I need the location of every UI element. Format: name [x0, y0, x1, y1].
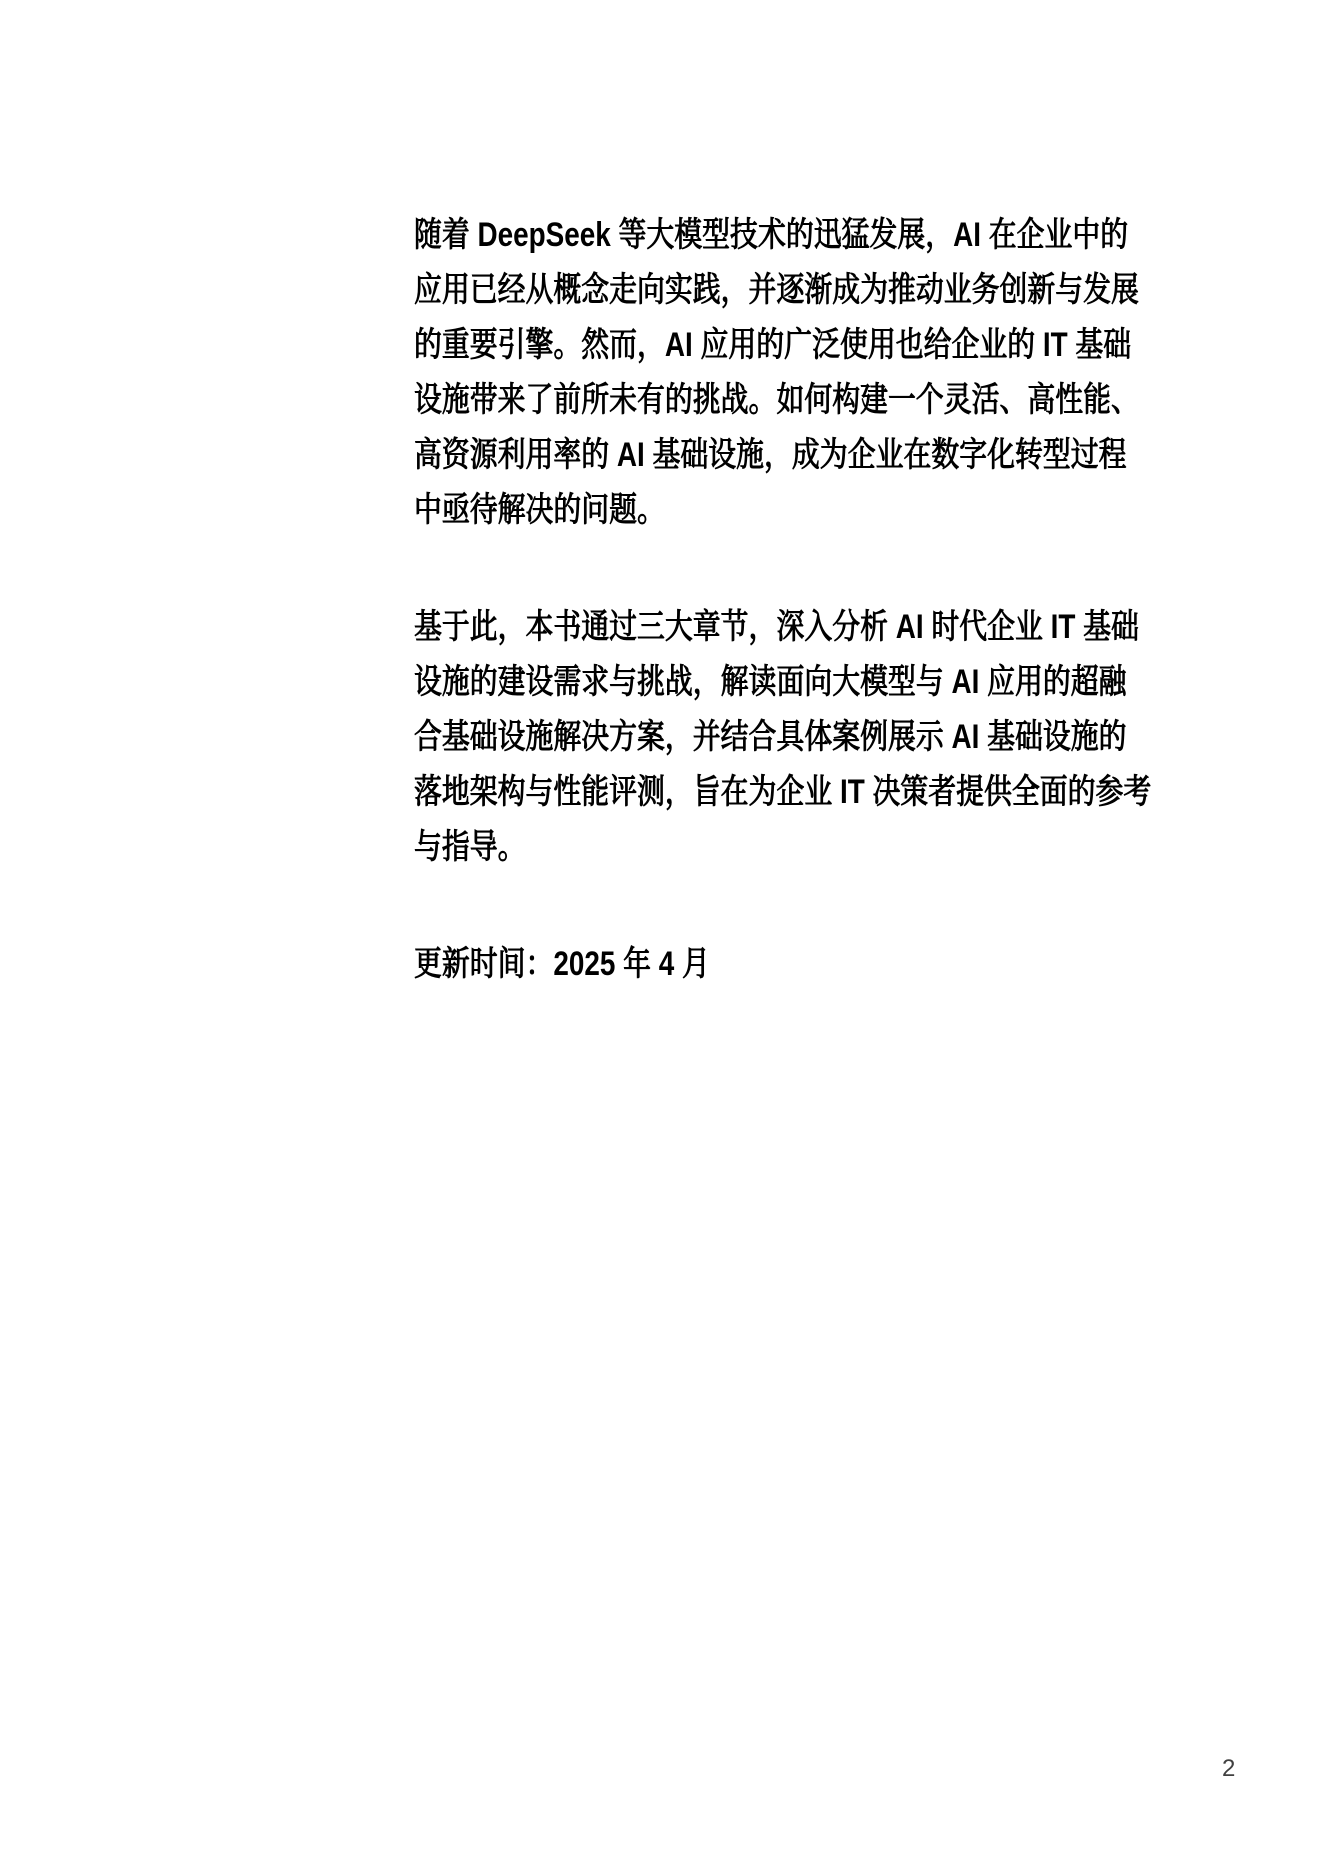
paragraph-overview: 基于此，本书通过三大章节，深入分析 AI 时代企业 IT 基础 设施的建设需求与… — [414, 600, 1274, 875]
document-page: 随着 DeepSeek 等大模型技术的迅猛发展，AI 在企业中的 应用已经从概念… — [0, 0, 1323, 1871]
body-text-line: 与指导。 — [414, 820, 1119, 875]
body-text-line: 高资源利用率的 AI 基础设施，成为企业在数字化转型过程 — [414, 428, 1119, 483]
body-text-block: 随着 DeepSeek 等大模型技术的迅猛发展，AI 在企业中的 应用已经从概念… — [414, 208, 1274, 1054]
update-date-line: 更新时间：2025 年 4 月 — [414, 937, 1119, 992]
paragraph-update-date: 更新时间：2025 年 4 月 — [414, 937, 1274, 992]
body-text-line: 设施的建设需求与挑战，解读面向大模型与 AI 应用的超融 — [414, 655, 1119, 710]
page-number: 2 — [1222, 1752, 1262, 1786]
body-text-line: 的重要引擎。然而，AI 应用的广泛使用也给企业的 IT 基础 — [414, 318, 1119, 373]
body-text-line: 设施带来了前所未有的挑战。如何构建一个灵活、高性能、 — [414, 373, 1119, 428]
body-text-line: 随着 DeepSeek 等大模型技术的迅猛发展，AI 在企业中的 — [414, 208, 1119, 263]
paragraph-intro: 随着 DeepSeek 等大模型技术的迅猛发展，AI 在企业中的 应用已经从概念… — [414, 208, 1274, 538]
body-text-line: 中亟待解决的问题。 — [414, 483, 1119, 538]
body-text-line: 落地架构与性能评测，旨在为企业 IT 决策者提供全面的参考 — [414, 765, 1119, 820]
body-text-line: 基于此，本书通过三大章节，深入分析 AI 时代企业 IT 基础 — [414, 600, 1119, 655]
body-text-line: 应用已经从概念走向实践，并逐渐成为推动业务创新与发展 — [414, 263, 1119, 318]
body-text-line: 合基础设施解决方案，并结合具体案例展示 AI 基础设施的 — [414, 710, 1119, 765]
